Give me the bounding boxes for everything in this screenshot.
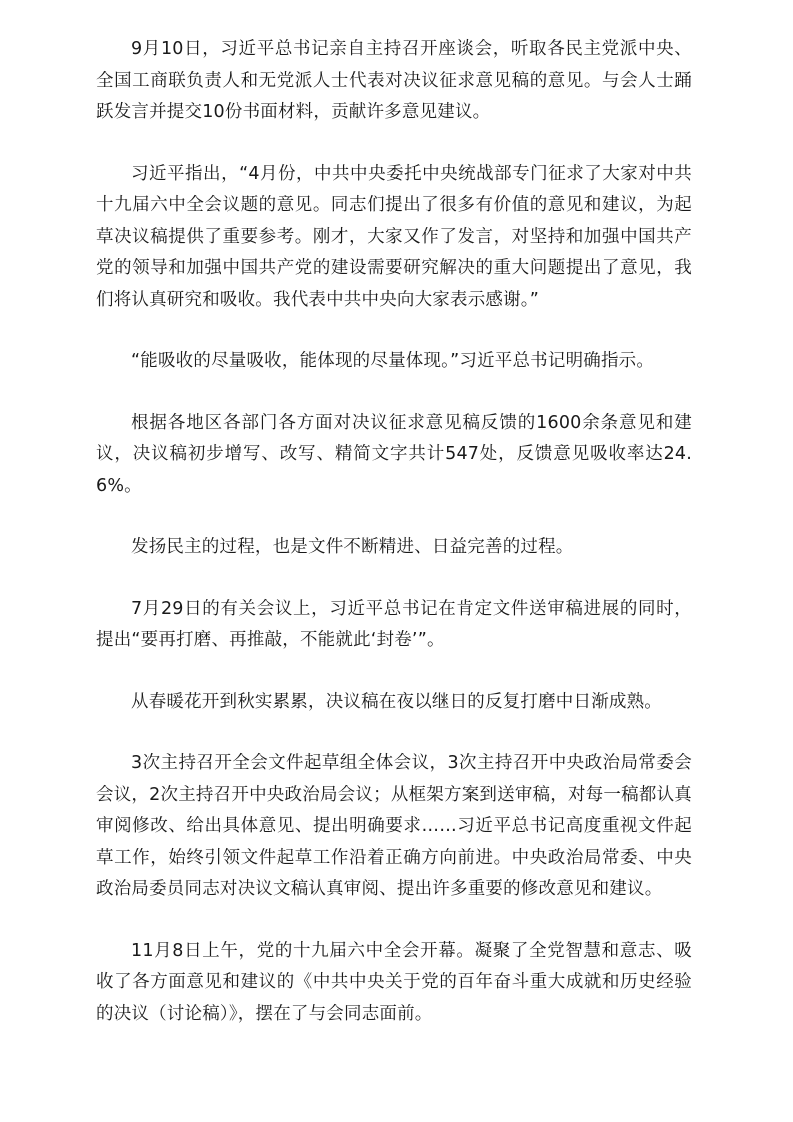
paragraph-democracy-process: 发扬民主的过程，也是文件不断精进、日益完善的过程。 bbox=[96, 532, 692, 564]
paragraph-draft-maturing: 从春暖花开到秋实累累，决议稿在夜以继日的反复打磨中日渐成熟。 bbox=[96, 687, 692, 719]
paragraph-instruction-quote: “能吸收的尽量吸收，能体现的尽量体现。”习近平总书记明确指示。 bbox=[96, 346, 692, 378]
paragraph-feedback-statistics: 根据各地区各部门各方面对决议征求意见稿反馈的1600余条意见和建议，决议稿初步增… bbox=[96, 408, 692, 503]
paragraph-july-29-meeting: 7月29日的有关会议上，习近平总书记在肯定文件送审稿进展的同时，提出“要再打磨、… bbox=[96, 594, 692, 657]
paragraph-meeting-sept-10: 9月10日，习近平总书记亲自主持召开座谈会，听取各民主党派中央、全国工商联负责人… bbox=[96, 34, 692, 129]
document-page: 9月10日，习近平总书记亲自主持召开座谈会，听取各民主党派中央、全国工商联负责人… bbox=[96, 34, 692, 1060]
paragraph-meetings-chaired: 3次主持召开全会文件起草组全体会议，3次主持召开中央政治局常委会会议，2次主持召… bbox=[96, 748, 692, 906]
paragraph-xi-remarks: 习近平指出，“4月份，中共中央委托中央统战部专门征求了大家对中共十九届六中全会议… bbox=[96, 159, 692, 317]
paragraph-plenum-opening: 11月8日上午，党的十九届六中全会开幕。凝聚了全党智慧和意志、吸收了各方面意见和… bbox=[96, 936, 692, 1031]
